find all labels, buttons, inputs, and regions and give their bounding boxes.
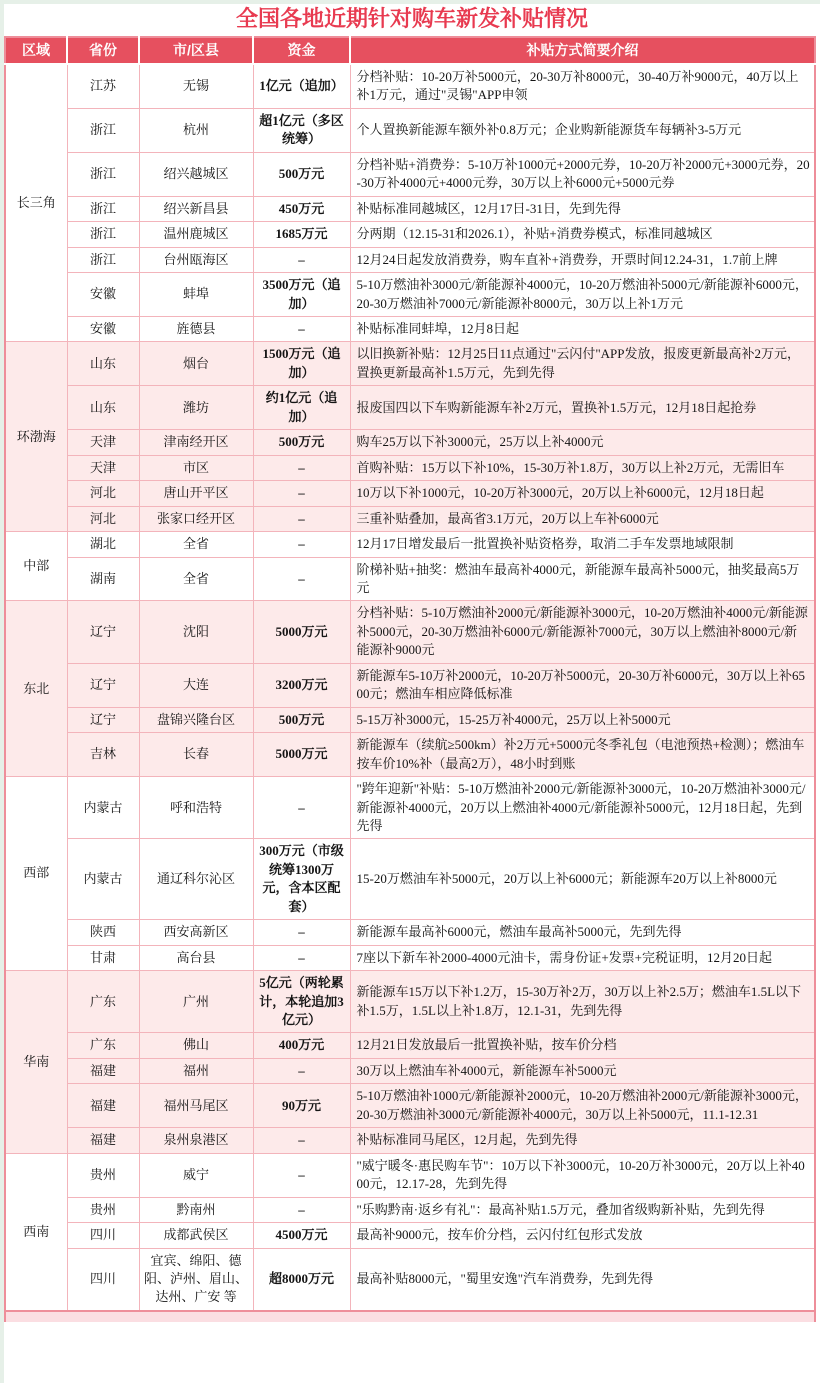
column-header-province: 省份 [67,37,139,64]
province-cell: 广东 [67,971,139,1033]
table-row: 天津 市区 – 首购补贴：15万以下补10%，15-30万补1.8万，30万以上… [5,455,815,480]
table-row: 辽宁 盘锦兴隆台区 500万元 5-15万补3000元，15-25万补4000元… [5,707,815,732]
city-cell: 沈阳 [139,601,253,663]
province-cell: 辽宁 [67,601,139,663]
city-cell: 市区 [139,455,253,480]
desc-cell: 个人置换新能源车额外补0.8万元；企业购新能源货车每辆补3-5万元 [350,108,815,152]
city-cell: 全省 [139,557,253,601]
desc-cell: 补贴标准同马尾区，12月起，先到先得 [350,1128,815,1153]
province-cell: 四川 [67,1248,139,1311]
table-body: 长三角 江苏 无锡 1亿元（追加） 分档补贴：10-20万补5000元，20-3… [5,64,815,1311]
desc-cell: 以旧换新补贴：12月25日11点通过"云闪付"APP发放，报废更新最高补2万元，… [350,342,815,386]
fund-cell: – [253,777,350,839]
table-header: 区域 省份 市/区县 资金 补贴方式简要介绍 [5,37,815,64]
desc-cell: 分档补贴：10-20万补5000元，20-30万补8000元，30-40万补90… [350,64,815,108]
province-cell: 陕西 [67,920,139,945]
table-row: 陕西 西安高新区 – 新能源车最高补6000元，燃油车最高补5000元，先到先得 [5,920,815,945]
fund-cell: 500万元 [253,430,350,455]
city-cell: 福州马尾区 [139,1084,253,1128]
table-row: 东北 辽宁 沈阳 5000万元 分档补贴：5-10万燃油补2000元/新能源补3… [5,601,815,663]
city-cell: 泉州泉港区 [139,1128,253,1153]
fund-cell: 超1亿元（多区统筹） [253,108,350,152]
table-row: 安徽 蚌埠 3500万元（追加） 5-10万燃油补3000元/新能源补4000元… [5,273,815,317]
province-cell: 天津 [67,455,139,480]
province-cell: 河北 [67,481,139,506]
desc-cell: "威宁暖冬·惠民购车节"：10万以下补3000元，10-20万补3000元，20… [350,1153,815,1197]
fund-cell: 450万元 [253,196,350,221]
table-row: 湖南 全省 – 阶梯补贴+抽奖：燃油车最高补4000元，新能源车最高补5000元… [5,557,815,601]
table-row: 辽宁 大连 3200万元 新能源车5-10万补2000元，10-20万补5000… [5,663,815,707]
city-cell: 旌德县 [139,316,253,341]
city-cell: 张家口经开区 [139,506,253,531]
table-row: 甘肃 高台县 – 7座以下新车补2000-4000元油卡，需身份证+发票+完税证… [5,945,815,970]
desc-cell: 报废国四以下车购新能源车补2万元，置换补1.5万元，12月18日起抢券 [350,386,815,430]
province-cell: 浙江 [67,108,139,152]
province-cell: 贵州 [67,1153,139,1197]
fund-cell: – [253,455,350,480]
desc-cell: 新能源车15万以下补1.2万，15-30万补2万，30万以上补2.5万；燃油车1… [350,971,815,1033]
province-cell: 山东 [67,386,139,430]
province-cell: 四川 [67,1223,139,1248]
table-cutoff-strip [4,1312,816,1322]
desc-cell: "跨年迎新"补贴：5-10万燃油补2000元/新能源补3000元，10-20万燃… [350,777,815,839]
desc-cell: 补贴标准同越城区，12月17日-31日，先到先得 [350,196,815,221]
fund-cell: – [253,481,350,506]
city-cell: 绍兴越城区 [139,152,253,196]
table-row: 四川 宜宾、绵阳、德阳、泸州、眉山、达州、广安 等 超8000万元 最高补贴80… [5,1248,815,1311]
table-row: 浙江 台州瓯海区 – 12月24日起发放消费券，购车直补+消费券，开票时间12.… [5,247,815,272]
city-cell: 广州 [139,971,253,1033]
province-cell: 湖北 [67,532,139,557]
desc-cell: 最高补贴8000元，"蜀里安逸"汽车消费券，先到先得 [350,1248,815,1311]
city-cell: 宜宾、绵阳、德阳、泸州、眉山、达州、广安 等 [139,1248,253,1311]
city-cell: 威宁 [139,1153,253,1197]
column-header-region: 区域 [5,37,67,64]
fund-cell: – [253,506,350,531]
fund-cell: 约1亿元（追加） [253,386,350,430]
city-cell: 黔南州 [139,1197,253,1222]
fund-cell: 4500万元 [253,1223,350,1248]
desc-cell: 30万以上燃油车补4000元，新能源车补5000元 [350,1058,815,1083]
province-cell: 湖南 [67,557,139,601]
province-cell: 广东 [67,1033,139,1058]
desc-cell: 首购补贴：15万以下补10%，15-30万补1.8万，30万以上补2万元，无需旧… [350,455,815,480]
fund-cell: 300万元（市级统筹1300万元，含本区配套） [253,839,350,920]
desc-cell: 分档补贴：5-10万燃油补2000元/新能源补3000元，10-20万燃油补40… [350,601,815,663]
table-row: 西部 内蒙古 呼和浩特 – "跨年迎新"补贴：5-10万燃油补2000元/新能源… [5,777,815,839]
table-row: 广东 佛山 400万元 12月21日发放最后一批置换补贴，按车价分档 [5,1033,815,1058]
city-cell: 福州 [139,1058,253,1083]
table-row: 吉林 长春 5000万元 新能源车（续航≥500km）补2万元+5000元冬季礼… [5,733,815,777]
province-cell: 福建 [67,1058,139,1083]
region-cell: 华南 [5,971,67,1154]
province-cell: 贵州 [67,1197,139,1222]
province-cell: 山东 [67,342,139,386]
desc-cell: 12月21日发放最后一批置换补贴，按车价分档 [350,1033,815,1058]
fund-cell: 1500万元（追加） [253,342,350,386]
table-row: 福建 福州马尾区 90万元 5-10万燃油补1000元/新能源补2000元，10… [5,1084,815,1128]
province-cell: 辽宁 [67,707,139,732]
fund-cell: – [253,1197,350,1222]
fund-cell: 5000万元 [253,733,350,777]
table-row: 福建 福州 – 30万以上燃油车补4000元，新能源车补5000元 [5,1058,815,1083]
city-cell: 高台县 [139,945,253,970]
desc-cell: 5-10万燃油补1000元/新能源补2000元，10-20万燃油补2000元/新… [350,1084,815,1128]
subsidy-table: 区域 省份 市/区县 资金 补贴方式简要介绍 长三角 江苏 无锡 1亿元（追加）… [4,36,816,1312]
province-cell: 内蒙古 [67,839,139,920]
city-cell: 温州鹿城区 [139,222,253,247]
fund-cell: – [253,247,350,272]
province-cell: 浙江 [67,222,139,247]
fund-cell: 1685万元 [253,222,350,247]
table-row: 中部 湖北 全省 – 12月17日增发最后一批置换补贴资格券，取消二手车发票地域… [5,532,815,557]
fund-cell: – [253,532,350,557]
province-cell: 福建 [67,1084,139,1128]
city-cell: 烟台 [139,342,253,386]
desc-cell: 阶梯补贴+抽奖：燃油车最高补4000元，新能源车最高补5000元，抽奖最高5万元 [350,557,815,601]
city-cell: 盘锦兴隆台区 [139,707,253,732]
desc-cell: 5-10万燃油补3000元/新能源补4000元，10-20万燃油补5000元/新… [350,273,815,317]
desc-cell: "乐购黔南·返乡有礼"：最高补贴1.5万元，叠加省级购新补贴，先到先得 [350,1197,815,1222]
city-cell: 台州瓯海区 [139,247,253,272]
city-cell: 杭州 [139,108,253,152]
region-cell: 西部 [5,777,67,971]
desc-cell: 10万以下补1000元，10-20万补3000元，20万以上补6000元，12月… [350,481,815,506]
city-cell: 西安高新区 [139,920,253,945]
table-row: 天津 津南经开区 500万元 购车25万以下补3000元，25万以上补4000元 [5,430,815,455]
table-row: 内蒙古 通辽科尔沁区 300万元（市级统筹1300万元，含本区配套） 15-20… [5,839,815,920]
page: 全国各地近期针对购车新发补贴情况 区域 省份 市/区县 资金 补贴方式简要介绍 … [0,0,820,1383]
region-cell: 长三角 [5,64,67,342]
table-row: 贵州 黔南州 – "乐购黔南·返乡有礼"：最高补贴1.5万元，叠加省级购新补贴，… [5,1197,815,1222]
table-row: 浙江 温州鹿城区 1685万元 分两期（12.15-31和2026.1），补贴+… [5,222,815,247]
desc-cell: 补贴标准同蚌埠，12月8日起 [350,316,815,341]
fund-cell: – [253,945,350,970]
desc-cell: 15-20万燃油车补5000元，20万以上补6000元；新能源车20万以上补80… [350,839,815,920]
province-cell: 内蒙古 [67,777,139,839]
desc-cell: 新能源车（续航≥500km）补2万元+5000元冬季礼包（电池预热+检测）；燃油… [350,733,815,777]
table-row: 四川 成都武侯区 4500万元 最高补9000元，按车价分档，云闪付红包形式发放 [5,1223,815,1248]
column-header-desc: 补贴方式简要介绍 [350,37,815,64]
fund-cell: 500万元 [253,152,350,196]
city-cell: 全省 [139,532,253,557]
desc-cell: 三重补贴叠加，最高省3.1万元，20万以上车补6000元 [350,506,815,531]
city-cell: 长春 [139,733,253,777]
table-row: 长三角 江苏 无锡 1亿元（追加） 分档补贴：10-20万补5000元，20-3… [5,64,815,108]
fund-cell: 1亿元（追加） [253,64,350,108]
desc-cell: 新能源车5-10万补2000元，10-20万补5000元，20-30万补6000… [350,663,815,707]
province-cell: 天津 [67,430,139,455]
table-row: 浙江 绍兴新昌县 450万元 补贴标准同越城区，12月17日-31日，先到先得 [5,196,815,221]
column-header-fund: 资金 [253,37,350,64]
table-row: 河北 张家口经开区 – 三重补贴叠加，最高省3.1万元，20万以上车补6000元 [5,506,815,531]
fund-cell: – [253,920,350,945]
province-cell: 福建 [67,1128,139,1153]
city-cell: 成都武侯区 [139,1223,253,1248]
table-row: 环渤海 山东 烟台 1500万元（追加） 以旧换新补贴：12月25日11点通过"… [5,342,815,386]
desc-cell: 分两期（12.15-31和2026.1），补贴+消费券模式，标准同越城区 [350,222,815,247]
fund-cell: 3500万元（追加） [253,273,350,317]
fund-cell: 超8000万元 [253,1248,350,1311]
province-cell: 河北 [67,506,139,531]
province-cell: 浙江 [67,152,139,196]
fund-cell: – [253,1128,350,1153]
table-row: 福建 泉州泉港区 – 补贴标准同马尾区，12月起，先到先得 [5,1128,815,1153]
table-row: 山东 潍坊 约1亿元（追加） 报废国四以下车购新能源车补2万元，置换补1.5万元… [5,386,815,430]
province-cell: 浙江 [67,247,139,272]
fund-cell: 500万元 [253,707,350,732]
fund-cell: 90万元 [253,1084,350,1128]
table-row: 浙江 杭州 超1亿元（多区统筹） 个人置换新能源车额外补0.8万元；企业购新能源… [5,108,815,152]
desc-cell: 7座以下新车补2000-4000元油卡，需身份证+发票+完税证明，12月20日起 [350,945,815,970]
table-row: 浙江 绍兴越城区 500万元 分档补贴+消费券：5-10万补1000元+2000… [5,152,815,196]
table-row: 安徽 旌德县 – 补贴标准同蚌埠，12月8日起 [5,316,815,341]
city-cell: 津南经开区 [139,430,253,455]
desc-cell: 最高补9000元，按车价分档，云闪付红包形式发放 [350,1223,815,1248]
city-cell: 佛山 [139,1033,253,1058]
province-cell: 浙江 [67,196,139,221]
page-title: 全国各地近期针对购车新发补贴情况 [4,4,820,36]
region-cell: 环渤海 [5,342,67,532]
province-cell: 安徽 [67,273,139,317]
city-cell: 通辽科尔沁区 [139,839,253,920]
fund-cell: – [253,1058,350,1083]
city-cell: 潍坊 [139,386,253,430]
fund-cell: 5亿元（两轮累计，本轮追加3亿元） [253,971,350,1033]
desc-cell: 购车25万以下补3000元，25万以上补4000元 [350,430,815,455]
province-cell: 甘肃 [67,945,139,970]
city-cell: 蚌埠 [139,273,253,317]
desc-cell: 5-15万补3000元，15-25万补4000元，25万以上补5000元 [350,707,815,732]
fund-cell: 3200万元 [253,663,350,707]
fund-cell: – [253,316,350,341]
fund-cell: – [253,557,350,601]
desc-cell: 12月24日起发放消费券，购车直补+消费券，开票时间12.24-31，1.7前上… [350,247,815,272]
city-cell: 绍兴新昌县 [139,196,253,221]
desc-cell: 分档补贴+消费券：5-10万补1000元+2000元券，10-20万补2000元… [350,152,815,196]
desc-cell: 12月17日增发最后一批置换补贴资格券，取消二手车发票地域限制 [350,532,815,557]
city-cell: 唐山开平区 [139,481,253,506]
column-header-city: 市/区县 [139,37,253,64]
header-row: 区域 省份 市/区县 资金 补贴方式简要介绍 [5,37,815,64]
fund-cell: – [253,1153,350,1197]
city-cell: 大连 [139,663,253,707]
province-cell: 吉林 [67,733,139,777]
region-cell: 中部 [5,532,67,601]
desc-cell: 新能源车最高补6000元，燃油车最高补5000元，先到先得 [350,920,815,945]
region-cell: 东北 [5,601,67,777]
fund-cell: 400万元 [253,1033,350,1058]
table-row: 西南 贵州 威宁 – "威宁暖冬·惠民购车节"：10万以下补3000元，10-2… [5,1153,815,1197]
province-cell: 安徽 [67,316,139,341]
province-cell: 江苏 [67,64,139,108]
fund-cell: 5000万元 [253,601,350,663]
city-cell: 无锡 [139,64,253,108]
city-cell: 呼和浩特 [139,777,253,839]
table-row: 河北 唐山开平区 – 10万以下补1000元，10-20万补3000元，20万以… [5,481,815,506]
region-cell: 西南 [5,1153,67,1311]
table-row: 华南 广东 广州 5亿元（两轮累计，本轮追加3亿元） 新能源车15万以下补1.2… [5,971,815,1033]
province-cell: 辽宁 [67,663,139,707]
